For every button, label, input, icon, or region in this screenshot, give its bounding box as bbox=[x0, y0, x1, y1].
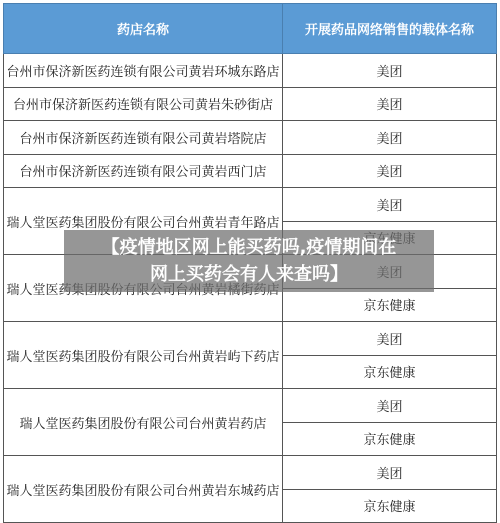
table-row: 台州市保济新医药连锁有限公司黄岩西门店 美团 bbox=[4, 154, 497, 188]
table-row: 瑞人堂医药集团股份有限公司台州黄岩青年路店 美团 bbox=[4, 188, 497, 222]
header-pharmacy-name: 药店名称 bbox=[4, 4, 283, 54]
platform-name: 美团 bbox=[283, 154, 497, 188]
platform-name: 美团 bbox=[283, 54, 497, 88]
pharmacy-name: 台州市保济新医药连锁有限公司黄岩塔院店 bbox=[4, 121, 283, 155]
platform-name: 京东健康 bbox=[283, 489, 497, 523]
platform-name: 京东健康 bbox=[283, 288, 497, 322]
table-row: 瑞人堂医药集团股份有限公司台州黄岩屿下药店 美团 bbox=[4, 322, 497, 356]
table-row: 台州市保济新医药连锁有限公司黄岩塔院店 美团 bbox=[4, 121, 497, 155]
table-row: 台州市保济新医药连锁有限公司黄岩环城东路店 美团 bbox=[4, 54, 497, 88]
table-row: 瑞人堂医药集团股份有限公司台州黄岩东城药店 美团 bbox=[4, 456, 497, 490]
pharmacy-name: 瑞人堂医药集团股份有限公司台州黄岩东城药店 bbox=[4, 456, 283, 523]
overlay-title-line-1: 【疫情地区网上能买药吗,疫情期间在 bbox=[64, 234, 434, 261]
platform-name: 美团 bbox=[283, 87, 497, 121]
platform-name: 美团 bbox=[283, 456, 497, 490]
table-row: 台州市保济新医药连锁有限公司黄岩朱砂街店 美团 bbox=[4, 87, 497, 121]
pharmacy-name: 瑞人堂医药集团股份有限公司台州黄岩屿下药店 bbox=[4, 322, 283, 389]
platform-name: 美团 bbox=[283, 389, 497, 423]
table-header-row: 药店名称 开展药品网络销售的载体名称 bbox=[4, 4, 497, 54]
pharmacy-name: 瑞人堂医药集团股份有限公司台州黄岩药店 bbox=[4, 389, 283, 456]
header-platform-name: 开展药品网络销售的载体名称 bbox=[283, 4, 497, 54]
title-overlay-banner: 【疫情地区网上能买药吗,疫情期间在 网上买药会有人来查吗】 bbox=[64, 230, 434, 292]
platform-name: 美团 bbox=[283, 322, 497, 356]
platform-name: 京东健康 bbox=[283, 422, 497, 456]
table-row: 瑞人堂医药集团股份有限公司台州黄岩药店 美团 bbox=[4, 389, 497, 423]
overlay-title-line-2: 网上买药会有人来查吗】 bbox=[64, 261, 434, 288]
pharmacy-name: 台州市保济新医药连锁有限公司黄岩环城东路店 bbox=[4, 54, 283, 88]
platform-name: 美团 bbox=[283, 188, 497, 222]
platform-name: 美团 bbox=[283, 121, 497, 155]
pharmacy-name: 台州市保济新医药连锁有限公司黄岩西门店 bbox=[4, 154, 283, 188]
pharmacy-name: 台州市保济新医药连锁有限公司黄岩朱砂街店 bbox=[4, 87, 283, 121]
platform-name: 京东健康 bbox=[283, 355, 497, 389]
